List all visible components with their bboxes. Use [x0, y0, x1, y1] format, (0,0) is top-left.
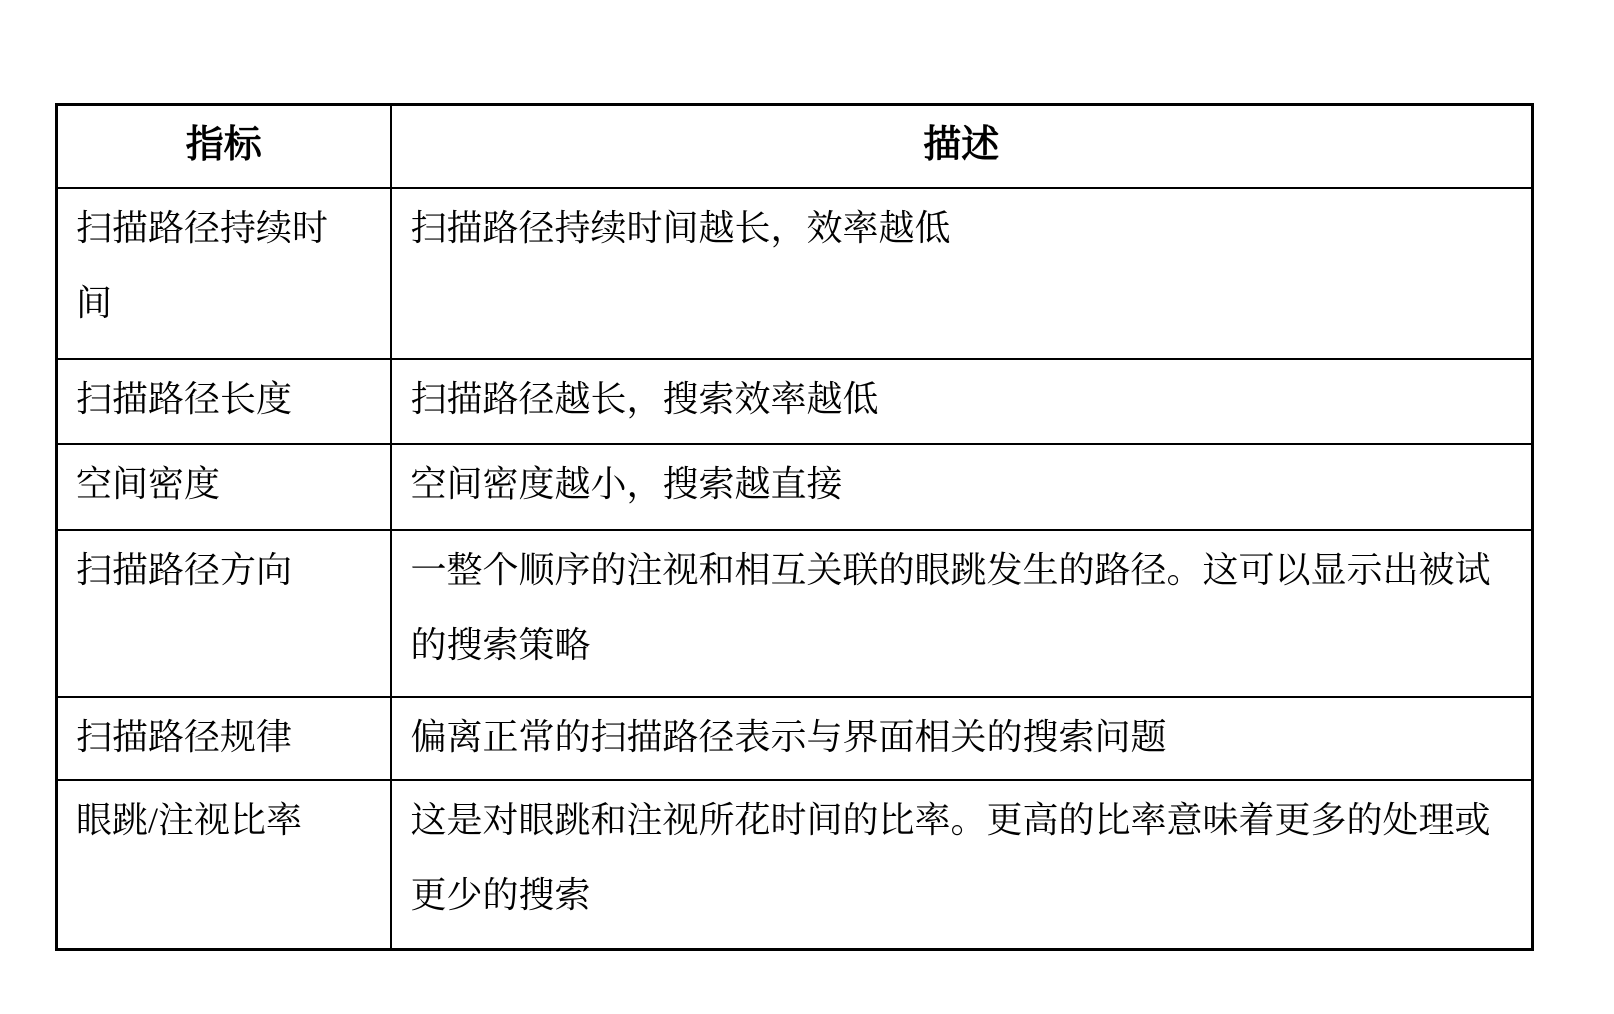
- indicator-cell: 空间密度: [57, 444, 391, 530]
- indicator-cell: 扫描路径持续时间: [57, 188, 391, 359]
- description-cell: 空间密度越小，搜索越直接: [391, 444, 1533, 530]
- table-header-row: 指标 描述: [57, 105, 1533, 188]
- description-cell: 这是对眼跳和注视所花时间的比率。更高的比率意味着更多的处理或更少的搜索: [391, 780, 1533, 950]
- table-row: 眼跳/注视比率 这是对眼跳和注视所花时间的比率。更高的比率意味着更多的处理或更少…: [57, 780, 1533, 950]
- header-description: 描述: [391, 105, 1533, 188]
- table-row: 扫描路径持续时间 扫描路径持续时间越长，效率越低: [57, 188, 1533, 359]
- indicator-cell: 扫描路径长度: [57, 359, 391, 444]
- metrics-table: 指标 描述 扫描路径持续时间 扫描路径持续时间越长，效率越低 扫描路径长度 扫描…: [55, 103, 1534, 951]
- description-cell: 扫描路径持续时间越长，效率越低: [391, 188, 1533, 359]
- table-row: 扫描路径规律 偏离正常的扫描路径表示与界面相关的搜索问题: [57, 697, 1533, 780]
- header-indicator: 指标: [57, 105, 391, 188]
- table-row: 空间密度 空间密度越小，搜索越直接: [57, 444, 1533, 530]
- table-row: 扫描路径方向 一整个顺序的注视和相互关联的眼跳发生的路径。这可以显示出被试的搜索…: [57, 530, 1533, 697]
- indicator-cell: 眼跳/注视比率: [57, 780, 391, 950]
- table-row: 扫描路径长度 扫描路径越长，搜索效率越低: [57, 359, 1533, 444]
- description-cell: 偏离正常的扫描路径表示与界面相关的搜索问题: [391, 697, 1533, 780]
- indicator-cell: 扫描路径方向: [57, 530, 391, 697]
- description-cell: 扫描路径越长，搜索效率越低: [391, 359, 1533, 444]
- document-page: 指标 描述 扫描路径持续时间 扫描路径持续时间越长，效率越低 扫描路径长度 扫描…: [0, 0, 1614, 1014]
- description-cell: 一整个顺序的注视和相互关联的眼跳发生的路径。这可以显示出被试的搜索策略: [391, 530, 1533, 697]
- indicator-cell: 扫描路径规律: [57, 697, 391, 780]
